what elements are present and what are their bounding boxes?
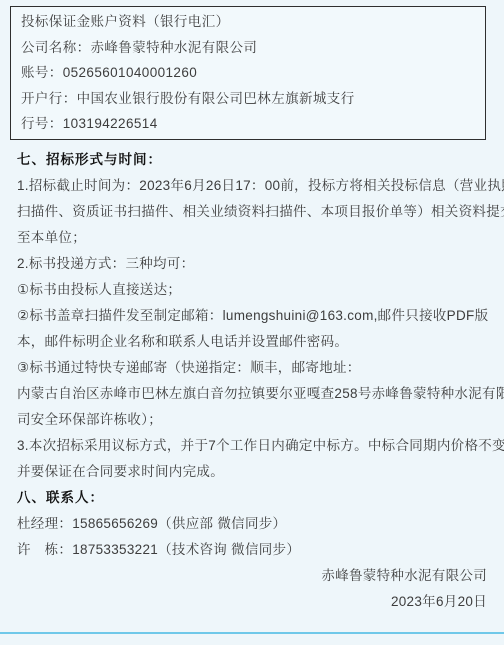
text-line: 2.标书投递方式：三种均可：	[17, 251, 487, 277]
contact-line-du: 杜经理：15865656269（供应部 微信同步）	[17, 511, 487, 537]
text-line: 司安全环保部许栋收）；	[17, 407, 487, 433]
bank-box-title: 投标保证金账户资料（银行电汇）	[21, 9, 475, 35]
section-7-heading: 七、招标形式与时间：	[17, 147, 487, 173]
text-line-address: 内蒙古自治区赤峰市巴林左旗白音勿拉镇要尔亚嘎查258号赤峰鲁蒙特种水泥有限公	[17, 381, 487, 407]
bottom-divider	[0, 632, 504, 634]
signature-date: 2023年6月20日	[17, 589, 487, 615]
text-line: ①标书由投标人直接送达；	[17, 277, 487, 303]
bid-deposit-account-box: 投标保证金账户资料（银行电汇） 公司名称：赤峰鲁蒙特种水泥有限公司 账号：052…	[10, 6, 486, 140]
contact-line-xu: 许 栋：18753353221（技术咨询 微信同步）	[17, 537, 487, 563]
text-line: 1.招标截止时间为：2023年6月26日17：00前，投标方将相关投标信息（营业…	[17, 173, 487, 199]
text-line: 本，邮件标明企业名称和联系人电话并设置邮件密码。	[17, 329, 487, 355]
bank-box-account-number: 账号：05265601040001260	[21, 60, 475, 86]
text-line: 并要保证在合同要求时间内完成。	[17, 459, 487, 485]
text-line-email: ②标书盖章扫描件发至制定邮箱：lumengshuini@163.com,邮件只接…	[17, 303, 487, 329]
section-8-heading: 八、联系人：	[17, 485, 487, 511]
text-line: 至本单位；	[17, 225, 487, 251]
document-body: 七、招标形式与时间： 1.招标截止时间为：2023年6月26日17：00前，投标…	[17, 147, 487, 615]
bank-box-company-name: 公司名称：赤峰鲁蒙特种水泥有限公司	[21, 35, 475, 61]
text-line: 扫描件、资质证书扫描件、相关业绩资料扫描件、本项目报价单等）相关资料提交	[17, 199, 487, 225]
signature-company: 赤峰鲁蒙特种水泥有限公司	[17, 563, 487, 589]
text-line: 3.本次招标采用议标方式，并于7个工作日内确定中标方。中标合同期内价格不变，	[17, 433, 487, 459]
text-line: ③标书通过特快专递邮寄（快递指定：顺丰，邮寄地址：	[17, 355, 487, 381]
bank-box-bank-name: 开户行：中国农业银行股份有限公司巴林左旗新城支行	[21, 86, 475, 112]
bank-box-bank-code: 行号：103194226514	[21, 111, 475, 137]
